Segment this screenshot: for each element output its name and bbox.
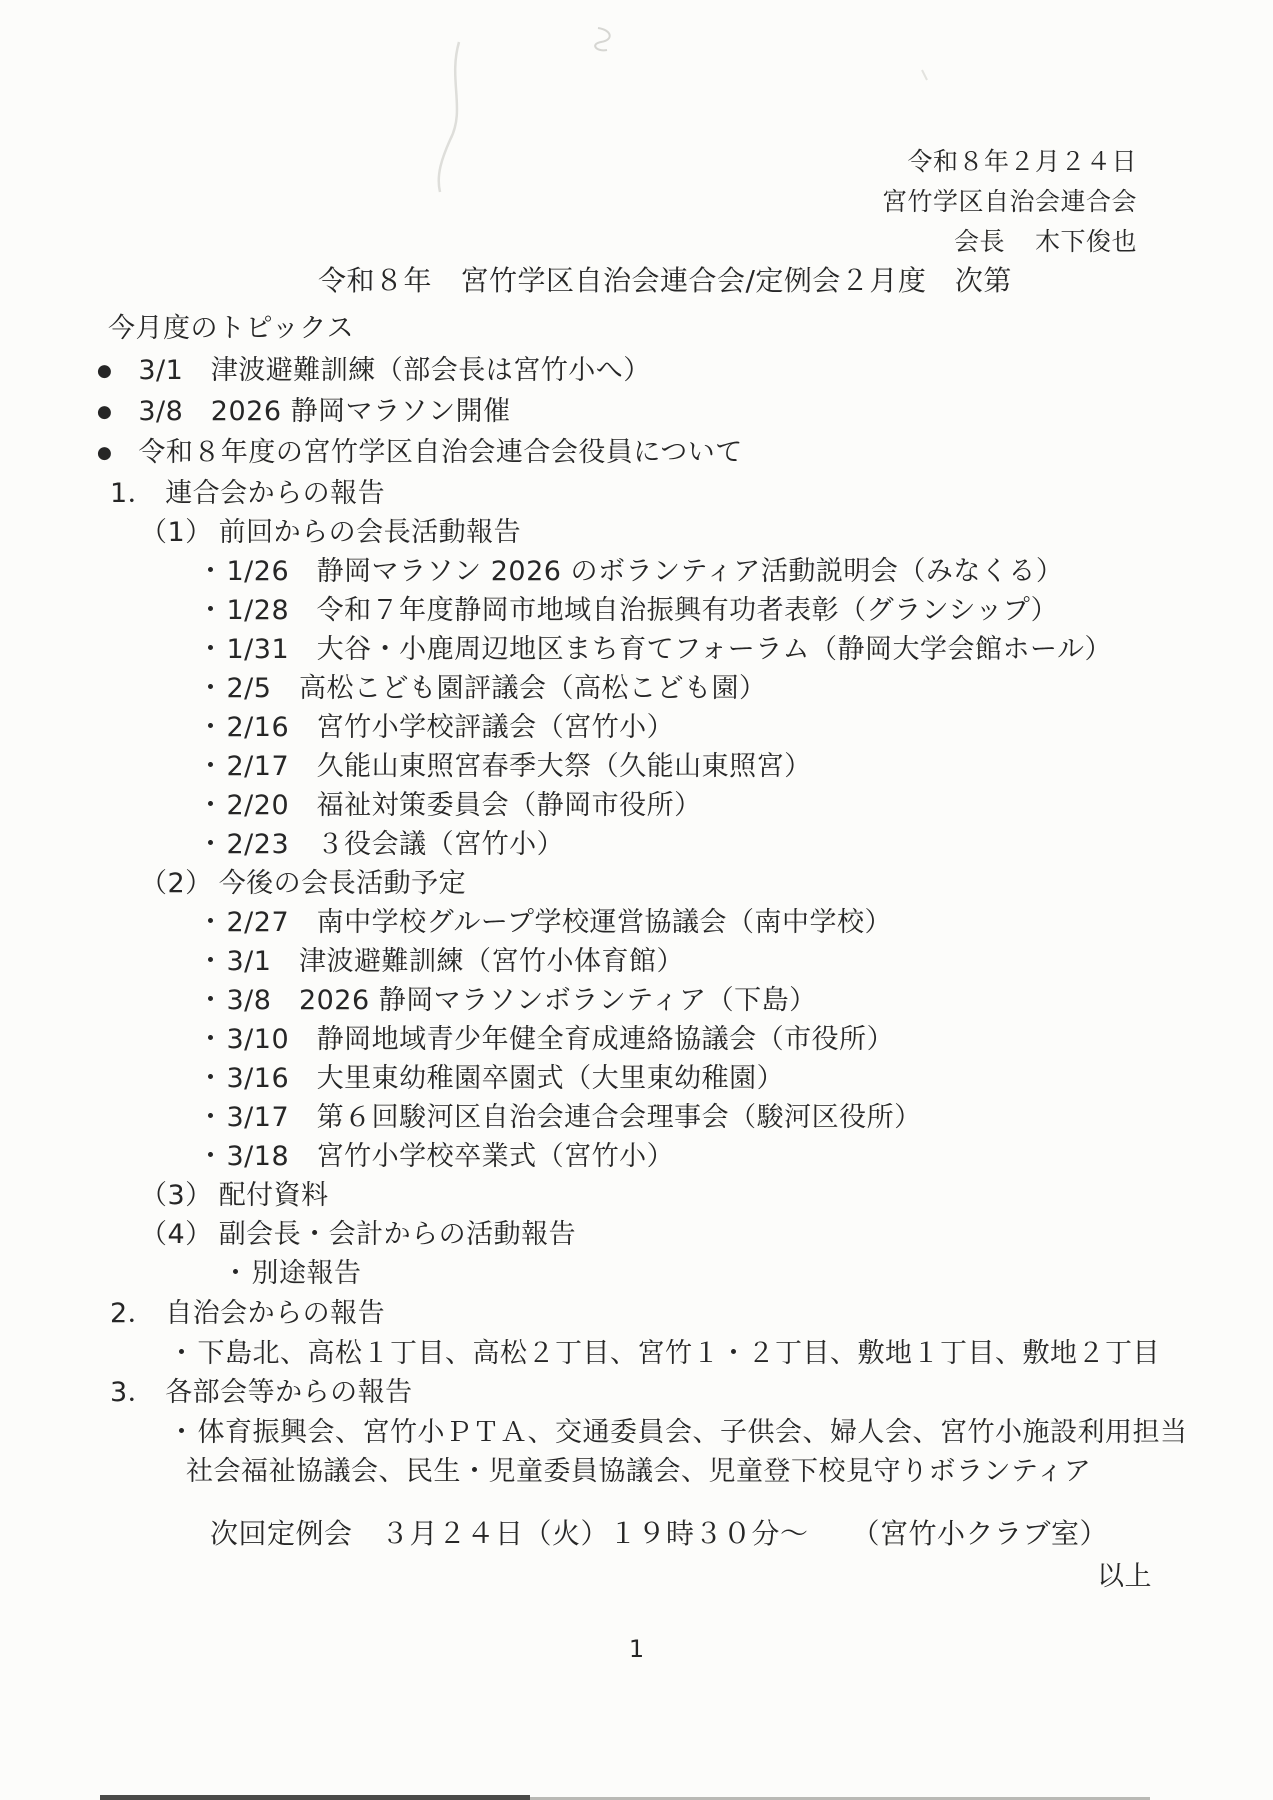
topics-heading: 今月度のトピックス (108, 312, 354, 346)
section-detail-line: ・下島北、高松１丁目、高松２丁目、宮竹１・２丁目、敷地１丁目、敷地２丁目 (168, 1337, 1160, 1371)
item-bullet: ・ (197, 1102, 225, 1133)
item-bullet: ・ (197, 556, 225, 587)
item-bullet: ・ (197, 1063, 225, 1094)
scanned-document-page: 令和８年２月２４日 宮竹学区自治会連合会 会長木下俊也 令和８年 宮竹学区自治会… (0, 0, 1273, 1800)
agenda-item: ・1/26 静岡マラソン 2026 のボランティア活動説明会（みなくる） (197, 555, 1063, 589)
section-detail-text: 体育振興会、宮竹小ＰＴＡ、交通委員会、子供会、婦人会、宮竹小施設利用担当 (198, 1417, 1188, 1448)
closing-word: 以上 (1097, 1560, 1152, 1594)
agenda-item: ・2/27 南中学校グループ学校運営協議会（南中学校） (197, 906, 892, 940)
item-bullet: ・ (197, 985, 225, 1016)
agenda-item: ・1/31 大谷・小鹿周辺地区まち育てフォーラム（静岡大学会館ホール） (197, 633, 1112, 667)
item-bullet: ・ (197, 673, 225, 704)
agenda-item-text: 2/16 宮竹小学校評議会（宮竹小） (227, 712, 675, 743)
subsection-heading: 配付資料 (219, 1180, 329, 1211)
section-heading: 連合会からの報告 (165, 478, 385, 509)
agenda-item: ・2/20 福祉対策委員会（静岡市役所） (197, 789, 702, 823)
agenda-item: ・3/10 静岡地域青少年健全育成連絡協議会（市役所） (197, 1023, 894, 1057)
topic-item: ●3/8 2026 静岡マラソン開催 (97, 395, 511, 429)
subsection-heading: 今後の会長活動予定 (219, 868, 467, 899)
agenda-item: ・3/16 大里東幼稚園卒園式（大里東幼稚園） (197, 1062, 784, 1096)
section-detail-line: ・体育振興会、宮竹小ＰＴＡ、交通委員会、子供会、婦人会、宮竹小施設利用担当 (168, 1416, 1188, 1450)
item-bullet: ・ (197, 829, 225, 860)
subsection-label: （3） (140, 1180, 213, 1211)
subsection-label: （2） (140, 868, 213, 899)
item-bullet: ・ (197, 634, 225, 665)
agenda-item-text: 1/31 大谷・小鹿周辺地区まち育てフォーラム（静岡大学会館ホール） (227, 634, 1112, 665)
subsection-label: （1） (140, 517, 213, 548)
topic-item-text: 3/8 2026 静岡マラソン開催 (138, 396, 510, 427)
agenda-item-text: 2/20 福祉対策委員会（静岡市役所） (227, 790, 702, 821)
organization-name: 宮竹学区自治会連合会 (882, 185, 1137, 219)
agenda-item: ・1/28 令和７年度静岡市地域自治振興有功者表彰（グランシップ） (197, 594, 1058, 628)
topic-item: ●令和８年度の宮竹学区自治会連合会役員について (97, 436, 743, 470)
topic-item-text: 令和８年度の宮竹学区自治会連合会役員について (138, 437, 742, 468)
document-date: 令和８年２月２４日 (907, 145, 1137, 179)
subsection-heading-line: （2）今後の会長活動予定 (140, 867, 466, 901)
agenda-item: ・3/8 2026 静岡マラソンボランティア（下島） (197, 984, 817, 1018)
item-bullet: ・ (197, 595, 225, 626)
section-heading-line: 2．自治会からの報告 (110, 1297, 385, 1331)
agenda-item-text: 3/10 静岡地域青少年健全育成連絡協議会（市役所） (227, 1024, 895, 1055)
agenda-item-text: 3/17 第６回駿河区自治会連合会理事会（駿河区役所） (227, 1102, 922, 1133)
agenda-item-text: 1/26 静岡マラソン 2026 のボランティア活動説明会（みなくる） (227, 556, 1064, 587)
item-bullet: ・ (197, 946, 225, 977)
agenda-item: ・2/23 ３役会議（宮竹小） (197, 828, 564, 862)
agenda-item-text: 2/17 久能山東照宮春季大祭（久能山東照宮） (227, 751, 812, 782)
section-number: 1． (110, 478, 155, 509)
agenda-item-text: 2/23 ３役会議（宮竹小） (227, 829, 565, 860)
topic-bullet-icon: ● (97, 354, 112, 388)
agenda-item: ・2/16 宮竹小学校評議会（宮竹小） (197, 711, 674, 745)
section-detail-text: 社会福祉協議会、民生・児童委員協議会、児童登下校見守りボランティア (186, 1456, 1091, 1487)
section-heading: 自治会からの報告 (165, 1298, 385, 1329)
section-detail-text: 下島北、高松１丁目、高松２丁目、宮竹１・２丁目、敷地１丁目、敷地２丁目 (198, 1338, 1161, 1369)
next-meeting-notice: 次回定例会 ３月２４日（火）１９時３０分～ （宮竹小クラブ室） (210, 1517, 1108, 1551)
agenda-item: ・3/1 津波避難訓練（宮竹小体育館） (197, 945, 684, 979)
subsection-heading-line: （1）前回からの会長活動報告 (140, 516, 521, 550)
item-bullet: ・ (197, 1024, 225, 1055)
chairman-title: 会長 (954, 227, 1005, 256)
subsection-label: （4） (140, 1219, 213, 1250)
agenda-item: ・3/18 宮竹小学校卒業式（宮竹小） (197, 1140, 674, 1174)
agenda-item-text: 3/8 2026 静岡マラソンボランティア（下島） (227, 985, 817, 1016)
subsection-heading-line: （3）配付資料 (140, 1179, 329, 1213)
subsection-heading: 前回からの会長活動報告 (219, 517, 522, 548)
item-bullet: ・ (168, 1338, 196, 1369)
section-detail-line: 社会福祉協議会、民生・児童委員協議会、児童登下校見守りボランティア (186, 1455, 1091, 1489)
section-heading-line: 1．連合会からの報告 (110, 477, 385, 511)
item-bullet: ・ (197, 907, 225, 938)
agenda-item-text: 3/16 大里東幼稚園卒園式（大里東幼稚園） (227, 1063, 785, 1094)
subsection-heading-line: （4）副会長・会計からの活動報告 (140, 1218, 576, 1252)
agenda-item-text: 3/18 宮竹小学校卒業式（宮竹小） (227, 1141, 675, 1172)
topic-bullet-icon: ● (97, 436, 112, 470)
item-bullet: ・ (197, 1141, 225, 1172)
topic-item: ●3/1 津波避難訓練（部会長は宮竹小へ） (97, 354, 651, 388)
item-bullet: ・ (197, 712, 225, 743)
agenda-item-text: 2/5 高松こども園評議会（高松こども園） (227, 673, 767, 704)
agenda-item: ・別途報告 (222, 1257, 362, 1291)
chairman-name: 木下俊也 (1035, 227, 1137, 256)
section-number: 3． (110, 1377, 155, 1408)
agenda-item-text: 別途報告 (252, 1258, 362, 1289)
agenda-item-text: 2/27 南中学校グループ学校運営協議会（南中学校） (227, 907, 892, 938)
item-bullet: ・ (197, 790, 225, 821)
document-title: 令和８年 宮竹学区自治会連合会/定例会２月度 次第 (318, 264, 1012, 298)
section-number: 2． (110, 1298, 155, 1329)
item-bullet: ・ (222, 1258, 250, 1289)
agenda-item-text: 3/1 津波避難訓練（宮竹小体育館） (227, 946, 684, 977)
topic-bullet-icon: ● (97, 395, 112, 429)
agenda-item: ・3/17 第６回駿河区自治会連合会理事会（駿河区役所） (197, 1101, 922, 1135)
section-heading: 各部会等からの報告 (165, 1377, 413, 1408)
section-heading-line: 3．各部会等からの報告 (110, 1376, 413, 1410)
agenda-item-text: 1/28 令和７年度静岡市地域自治振興有功者表彰（グランシップ） (227, 595, 1059, 626)
agenda-item: ・2/17 久能山東照宮春季大祭（久能山東照宮） (197, 750, 812, 784)
item-bullet: ・ (197, 751, 225, 782)
subsection-heading: 副会長・会計からの活動報告 (219, 1219, 577, 1250)
page-number: 1 (0, 1632, 1273, 1666)
item-bullet: ・ (168, 1417, 196, 1448)
agenda-item: ・2/5 高松こども園評議会（高松こども園） (197, 672, 766, 706)
topic-item-text: 3/1 津波避難訓練（部会長は宮竹小へ） (138, 355, 650, 386)
chairman-line: 会長木下俊也 (954, 225, 1137, 259)
